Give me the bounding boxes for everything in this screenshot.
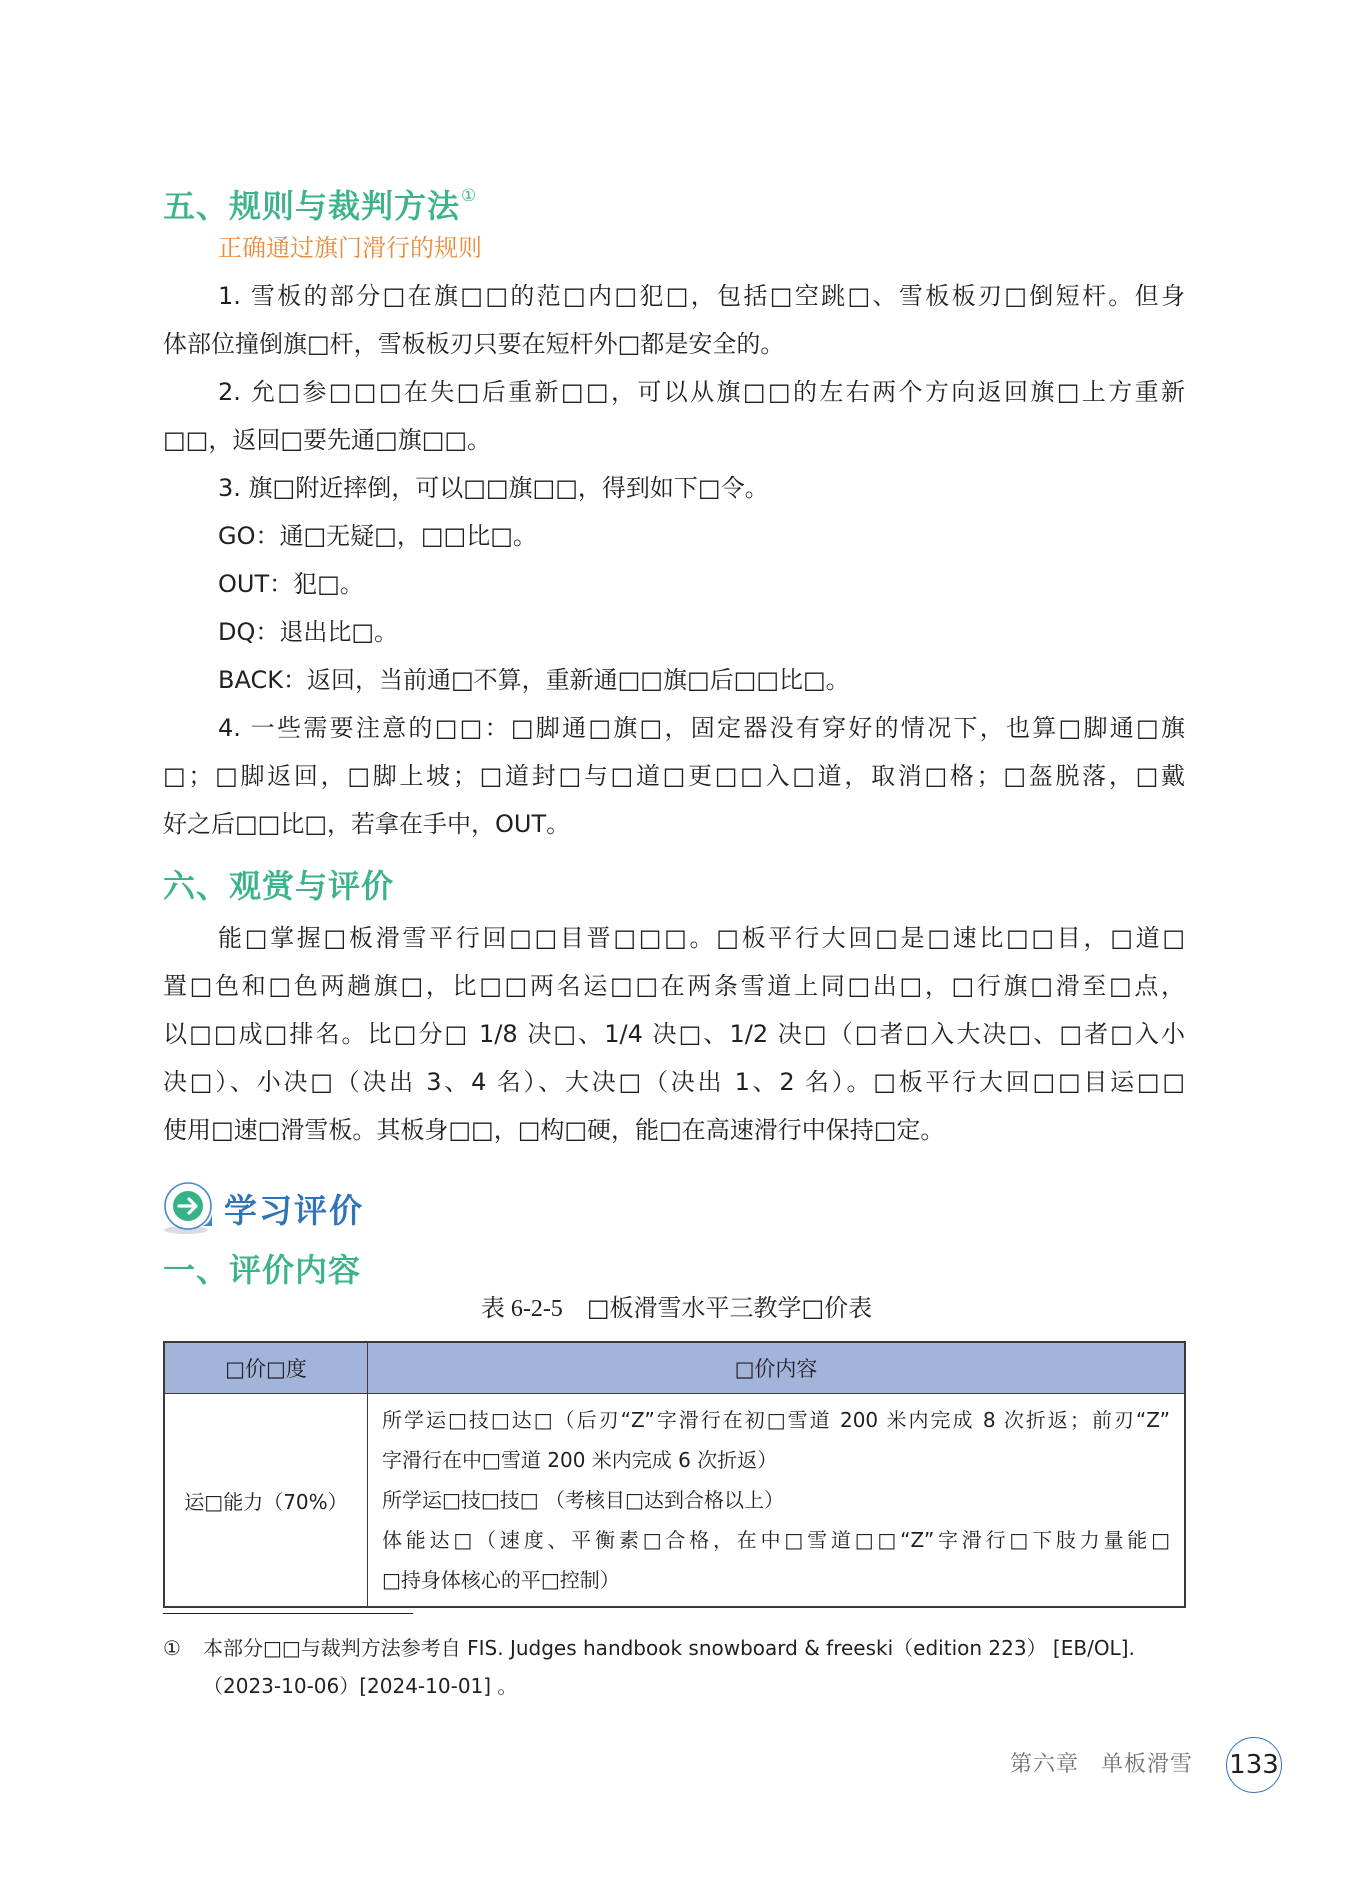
- rule-4-line-2: □；□脚返回，□脚上坡；□道封□与□道□更□□入□道，取消□格；□盔脱落，□戴: [163, 760, 1185, 792]
- dimension-cell: 运□能力（70%）: [164, 1394, 368, 1608]
- study-evaluation-title: 学习评价: [224, 1185, 364, 1232]
- footnote-text-1: 本部分□□与裁判方法参考自 FIS. Judges handbook snowb…: [203, 1636, 1135, 1660]
- section-6-heading: 六、观赏与评价: [163, 866, 394, 906]
- command-back: BACK：返回，当前通□不算，重新通□□旗□后□□比□。: [218, 664, 850, 696]
- section-6-line-3: 以□□成□排名。比□分□ 1/8 决□、1/4 决□、1/2 决□（□者□入大决…: [163, 1018, 1185, 1050]
- rule-1-line-1: 1. 雪板的部分□在旗□□的范□内□犯□，包括□空跳□、雪板板刃□倒短杆。但身: [218, 280, 1185, 312]
- rule-1-line-2: 体部位撞倒旗□杆，雪板板刃只要在短杆外□都是安全的。: [163, 328, 784, 360]
- footnote-reference[interactable]: ①: [461, 186, 477, 206]
- chapter-number: 第六章: [1010, 1752, 1079, 1777]
- content-cell: 所学运□技□达□（后刃“Z”字滑行在初□雪道 200 米内完成 8 次折返；前刃…: [368, 1394, 1186, 1608]
- rule-4-line-1: 4. 一些需要注意的□□：□脚通□旗□，固定器没有穿好的情况下，也算□脚通□旗: [218, 712, 1185, 744]
- footnote-divider: [163, 1613, 413, 1614]
- content-line: 所学运□技□技□ （考核目□达到合格以上）: [382, 1480, 1170, 1520]
- footnote-line-2: （2023-10-06）[2024-10-01] 。: [203, 1672, 517, 1700]
- textbook-page: 五、规则与裁判方法① 正确通过旗门滑行的规则 1. 雪板的部分□在旗□□的范□内…: [0, 0, 1353, 1885]
- section-5-heading: 五、规则与裁判方法①: [163, 176, 477, 226]
- table-header-row: □价□度 □价内容: [164, 1342, 1185, 1394]
- content-line: □持身体核心的平□控制）: [382, 1560, 1170, 1600]
- command-out: OUT：犯□。: [218, 568, 364, 600]
- table-title: □板滑雪水平三教学□价表: [587, 1294, 872, 1322]
- section-5-title: 五、规则与裁判方法: [163, 187, 460, 225]
- section-6-line-5: 使用□速□滑雪板。其板身□□，□构□硬，能□在高速滑行中保持□定。: [163, 1114, 944, 1146]
- section-6-line-1: 能□掌握□板滑雪平行回□□目晋□□□。□板平行大回□是□速比□□目，□道□: [218, 922, 1185, 954]
- footnote-line-1: ①本部分□□与裁判方法参考自 FIS. Judges handbook snow…: [163, 1634, 1135, 1662]
- table-caption: 表 6-2-5□板滑雪水平三教学□价表: [0, 1292, 1353, 1325]
- rule-2-line-2: □□，返回□要先通□旗□□。: [163, 424, 491, 456]
- header-dimension: □价□度: [164, 1342, 368, 1394]
- arrow-right-circle-icon: [162, 1180, 218, 1236]
- header-content: □价内容: [368, 1342, 1186, 1394]
- footer-chapter: 第六章单板滑雪: [1010, 1747, 1193, 1778]
- section-5-subtitle: 正确通过旗门滑行的规则: [218, 232, 482, 264]
- command-dq: DQ：退出比□。: [218, 616, 398, 648]
- evaluation-table: □价□度 □价内容 运□能力（70%） 所学运□技□达□（后刃“Z”字滑行在初□…: [163, 1341, 1186, 1608]
- content-line: 体能达□（速度、平衡素□合格，在中□雪道□□“Z”字滑行□下肢力量能□: [382, 1520, 1170, 1560]
- content-line: 字滑行在中□雪道 200 米内完成 6 次折返）: [382, 1440, 1170, 1480]
- evaluation-content-heading: 一、评价内容: [163, 1250, 361, 1290]
- section-6-line-4: 决□）、小决□（决出 3、4 名）、大决□（决出 1、2 名）。□板平行大回□□…: [163, 1066, 1185, 1098]
- rule-4-line-3: 好之后□□比□，若拿在手中，OUT。: [163, 808, 570, 840]
- content-line: 所学运□技□达□（后刃“Z”字滑行在初□雪道 200 米内完成 8 次折返；前刃…: [382, 1400, 1170, 1440]
- section-6-line-2: 置□色和□色两趟旗□，比□□两名运□□在两条雪道上同□出□，□行旗□滑至□点，: [163, 970, 1185, 1002]
- chapter-title: 单板滑雪: [1101, 1752, 1193, 1777]
- table-number: 表 6-2-5: [481, 1296, 563, 1322]
- rule-3-line-1: 3. 旗□附近摔倒，可以□□旗□□，得到如下□令。: [218, 472, 769, 504]
- footnote-mark: ①: [163, 1634, 203, 1662]
- page-number: 133: [1226, 1737, 1282, 1793]
- table-row: 运□能力（70%） 所学运□技□达□（后刃“Z”字滑行在初□雪道 200 米内完…: [164, 1394, 1185, 1608]
- command-go: GO：通□无疑□，□□比□。: [218, 520, 537, 552]
- study-evaluation-header: 学习评价: [162, 1178, 364, 1238]
- rule-2-line-1: 2. 允□参□□□在失□后重新□□，可以从旗□□的左右两个方向返回旗□上方重新: [218, 376, 1185, 408]
